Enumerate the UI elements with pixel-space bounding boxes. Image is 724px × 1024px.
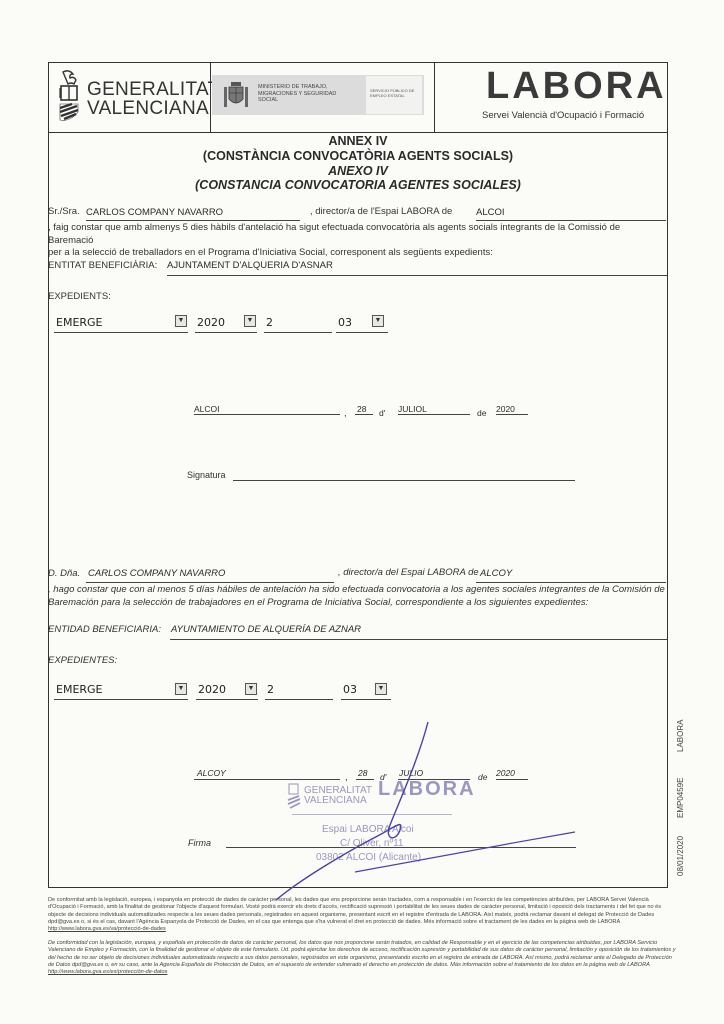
stamp-divider: [292, 814, 452, 815]
stamp-line-1: Espai LABORA Alcoi: [322, 824, 414, 835]
underline: [336, 332, 388, 333]
annex-subtitle-es: (CONSTANCIA CONVOCATORIA AGENTES SOCIALE…: [48, 178, 668, 193]
year-dropdown-button-es[interactable]: ▼: [245, 683, 257, 695]
underline: [496, 414, 528, 415]
city-field-ca[interactable]: ALCOI: [476, 207, 505, 218]
entity-label-ca: ENTITAT BENEFICIÀRIA:: [48, 260, 157, 271]
year-select-ca[interactable]: 2020: [197, 316, 225, 329]
annex-subtitle-ca: (CONSTÀNCIA CONVOCATÒRIA AGENTS SOCIALS): [48, 149, 668, 164]
stamp-gv-text: GENERALITAT VALENCIANA: [304, 786, 372, 806]
annex-title-ca: ANNEX IV: [48, 134, 668, 149]
underline: [355, 414, 373, 415]
underline: [86, 220, 300, 221]
code-select-es[interactable]: 03: [343, 683, 357, 696]
spain-coat-of-arms-icon: [222, 79, 250, 111]
underline: [194, 779, 340, 780]
director-label-ca: , director/a de l'Espai LABORA de: [310, 206, 452, 217]
side-form-code: EMP0459E: [676, 778, 685, 818]
d-label-ca: d': [379, 408, 385, 418]
code-dropdown-button-ca[interactable]: ▼: [372, 315, 384, 327]
underline: [264, 332, 332, 333]
privacy-link-ca[interactable]: http://www.labora.gva.es/va/protecció-de…: [48, 926, 166, 932]
underline: [195, 332, 257, 333]
code-dropdown-button-es[interactable]: ▼: [375, 683, 387, 695]
director-label-es: , director/a del Espai LABORA de: [338, 567, 479, 578]
underline: [196, 699, 258, 700]
underline: [194, 414, 340, 415]
side-date: 08/01/2020: [676, 836, 685, 876]
year-field-ca[interactable]: 2020: [496, 404, 515, 414]
underline: [167, 275, 667, 276]
underline: [476, 582, 666, 583]
expedient-number-field-es[interactable]: 2: [267, 683, 274, 696]
year-dropdown-button-ca[interactable]: ▼: [244, 315, 256, 327]
place-field-es[interactable]: ALCOY: [197, 768, 226, 778]
entity-field-ca[interactable]: AJUNTAMENT D'ALQUERIA D'ASNAR: [167, 260, 333, 271]
stamp-gv-emblem-icon: [287, 782, 301, 810]
comma: ,: [345, 772, 348, 783]
underline: [341, 699, 391, 700]
program-dropdown-button-es[interactable]: ▼: [175, 683, 187, 695]
comma: ,: [344, 408, 347, 419]
program-select-ca[interactable]: EMERGE: [56, 316, 103, 329]
underline: [86, 582, 334, 583]
sr-label-es: D. Dña.: [48, 568, 80, 579]
code-select-ca[interactable]: 03: [338, 316, 352, 329]
declaration-paragraph-ca: , faig constar que amb almenys 5 dies hà…: [48, 222, 668, 260]
underline: [265, 699, 333, 700]
city-field-es[interactable]: ALCOY: [480, 568, 512, 579]
day-field-es[interactable]: 28: [358, 768, 367, 778]
footer-privacy-ca: De conformitat amb la legislació, europe…: [48, 897, 676, 933]
year-select-es[interactable]: 2020: [198, 683, 226, 696]
declaration-paragraph-es: , hago constar que con al menos 5 días h…: [48, 584, 668, 609]
expedients-label-ca: EXPEDIENTS:: [48, 291, 111, 302]
underline: [398, 414, 470, 415]
gv-logo-text: GENERALITAT VALENCIANA: [87, 80, 219, 118]
stamp-line-2: C/ Oliver, nº11: [340, 838, 404, 849]
labora-logo: LABORA: [486, 66, 667, 106]
year-field-es[interactable]: 2020: [496, 768, 515, 778]
underline: [54, 332, 188, 333]
signature-label-es: Firma: [188, 838, 211, 848]
header-divider: [48, 132, 668, 133]
stamp-line-3: 03802 ALCOI (Alicante): [316, 852, 421, 863]
annex-title-es: ANEXO IV: [48, 164, 668, 179]
gv-emblem-icon: [58, 70, 82, 122]
sr-label-ca: Sr./Sra.: [48, 206, 80, 217]
day-field-ca[interactable]: 28: [357, 404, 366, 414]
expedients-label-es: EXPEDIENTES:: [48, 655, 117, 666]
program-select-es[interactable]: EMERGE: [56, 683, 103, 696]
side-org: LABORA: [676, 720, 685, 752]
de-label-ca: de: [477, 408, 486, 418]
underline: [54, 699, 188, 700]
privacy-link-es[interactable]: http://www.labora.gva.es/es/protección-d…: [48, 969, 167, 975]
sepe-text: SERVICIO PÚBLICO DE EMPLEO ESTATAL: [370, 88, 420, 98]
signature-field-ca[interactable]: [233, 480, 575, 481]
underline: [496, 779, 528, 780]
footer-privacy-es: De conformidad con la legislación, europ…: [48, 940, 676, 976]
entity-field-es[interactable]: AYUNTAMIENTO DE ALQUERÍA DE AZNAR: [171, 624, 361, 635]
underline: [170, 639, 667, 640]
header-divider-right: [434, 62, 435, 132]
month-field-es[interactable]: JULIO: [399, 768, 423, 778]
place-field-ca[interactable]: ALCOI: [194, 404, 220, 414]
month-field-ca[interactable]: JULIOL: [398, 404, 427, 414]
entity-label-es: ENTIDAD BENEFICIARIA:: [48, 624, 161, 635]
signature-label-ca: Signatura: [187, 470, 226, 480]
ministerio-text: MINISTERIO DE TRABAJO, MIGRACIONES Y SEG…: [258, 84, 338, 104]
de-label-es: de: [478, 772, 487, 782]
underline: [476, 220, 666, 221]
program-dropdown-button-ca[interactable]: ▼: [175, 315, 187, 327]
underline: [356, 779, 374, 780]
expedient-number-field-ca[interactable]: 2: [266, 316, 273, 329]
director-name-field-ca[interactable]: CARLOS COMPANY NAVARRO: [86, 207, 223, 218]
labora-subtitle: Servei Valencià d'Ocupació i Formació: [482, 110, 644, 121]
stamp-labora: LABORA: [378, 778, 476, 801]
director-name-field-es[interactable]: CARLOS COMPANY NAVARRO: [88, 568, 225, 579]
